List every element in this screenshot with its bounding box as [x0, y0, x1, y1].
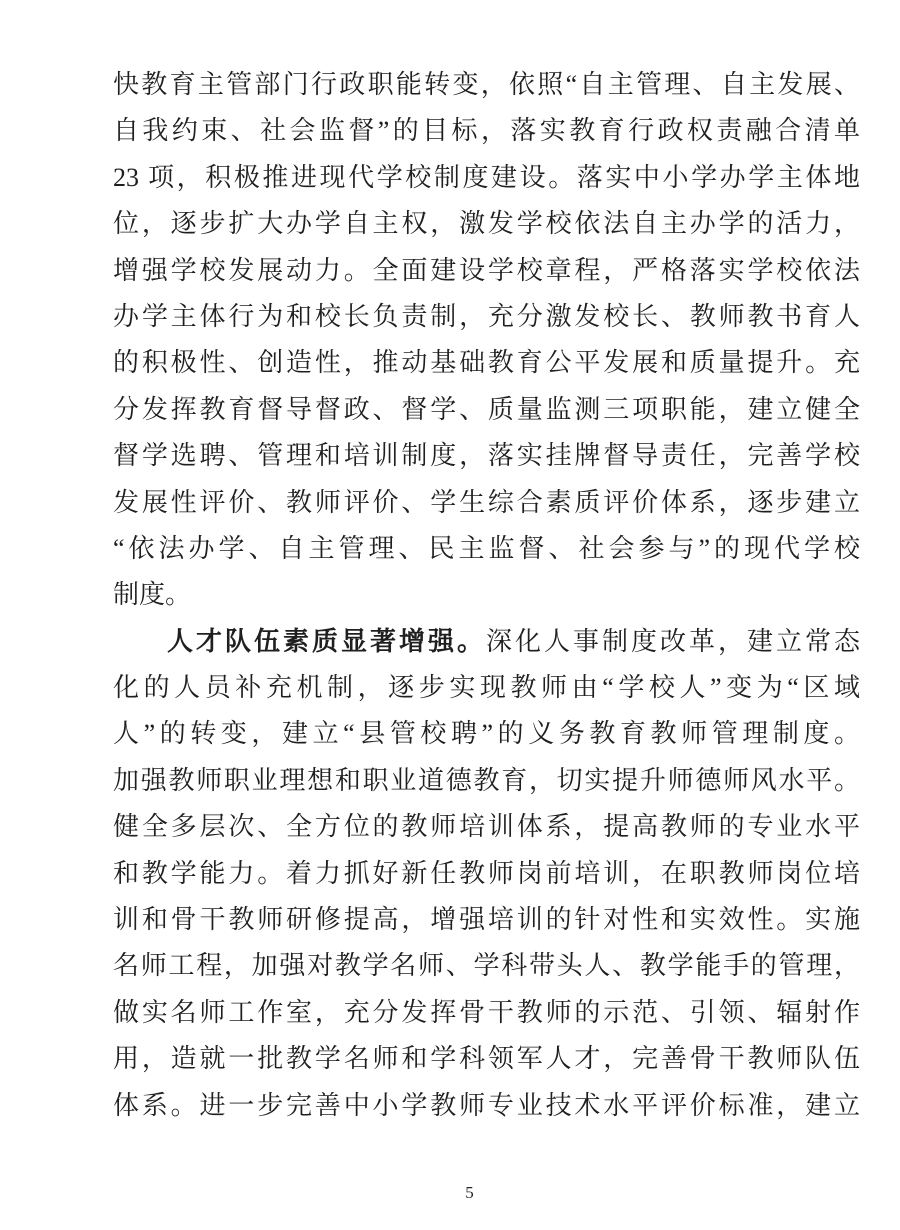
text-line: 分发挥教育督导督政、督学、质量监测三项职能，建立健全	[113, 387, 860, 433]
text-line: 用，造就一批教学名师和学科领军人才，完善骨干教师队伍	[113, 1036, 860, 1082]
text-segment: 制度。	[113, 580, 191, 609]
text-line: 的积极性、创造性，推动基础教育公平发展和质量提升。充	[113, 340, 860, 386]
text-line: 健全多层次、全方位的教师培训体系，提高教师的专业水平	[113, 804, 860, 850]
text-line: 做实名师工作室，充分发挥骨干教师的示范、引领、辐射作	[113, 990, 860, 1036]
text-segment: 分发挥教育督导督政、督学、质量监测三项职能，建立健全	[113, 395, 860, 424]
text-segment: 位，逐步扩大办学自主权，激发学校依法自主办学的活力，	[113, 209, 860, 238]
text-line: 办学主体行为和校长负责制，充分激发校长、教师教书育人	[113, 294, 860, 340]
text-line: 人才队伍素质显著增强。深化人事制度改革，建立常态	[113, 619, 860, 665]
text-segment: 办学主体行为和校长负责制，充分激发校长、教师教书育人	[113, 302, 860, 331]
text-segment: 和教学能力。着力抓好新任教师岗前培训，在职教师岗位培	[113, 859, 860, 888]
text-line: “依法办学、自主管理、民主监督、社会参与”的现代学校	[113, 526, 860, 572]
text-segment: 发展性评价、教师评价、学生综合素质评价体系，逐步建立	[113, 488, 860, 517]
text-segment: “依法办学、自主管理、民主监督、社会参与”的现代学校	[113, 534, 860, 563]
text-segment: 加强教师职业理想和职业道德教育，切实提升师德师风水平。	[113, 766, 860, 795]
text-line: 加强教师职业理想和职业道德教育，切实提升师德师风水平。	[113, 758, 860, 804]
text-line: 训和骨干教师研修提高，增强培训的针对性和实效性。实施	[113, 897, 860, 943]
text-segment: 督学选聘、管理和培训制度，落实挂牌督导责任，完善学校	[113, 441, 860, 470]
text-segment: 体系。进一步完善中小学教师专业技术水平评价标准，建立	[113, 1091, 860, 1120]
text-line: 增强学校发展动力。全面建设学校章程，严格落实学校依法	[113, 248, 860, 294]
text-line: 人”的转变，建立“县管校聘”的义务教育教师管理制度。	[113, 711, 860, 757]
text-line: 制度。	[113, 572, 860, 618]
text-line: 23 项，积极推进现代学校制度建设。落实中小学办学主体地	[113, 155, 860, 201]
text-segment: 训和骨干教师研修提高，增强培训的针对性和实效性。实施	[113, 905, 860, 934]
text-segment: 增强学校发展动力。全面建设学校章程，严格落实学校依法	[113, 256, 860, 285]
text-line: 督学选聘、管理和培训制度，落实挂牌督导责任，完善学校	[113, 433, 860, 479]
text-line: 发展性评价、教师评价、学生综合素质评价体系，逐步建立	[113, 480, 860, 526]
text-segment: 化的人员补充机制，逐步实现教师由“学校人”变为“区域	[113, 673, 860, 702]
text-segment: 做实名师工作室，充分发挥骨干教师的示范、引领、辐射作	[113, 998, 860, 1027]
text-line: 自我约束、社会监督”的目标，落实教育行政权责融合清单	[113, 108, 860, 154]
text-line: 快教育主管部门行政职能转变，依照“自主管理、自主发展、	[113, 62, 860, 108]
text-line: 化的人员补充机制，逐步实现教师由“学校人”变为“区域	[113, 665, 860, 711]
text-line: 和教学能力。着力抓好新任教师岗前培训，在职教师岗位培	[113, 851, 860, 897]
page-number: 5	[0, 1183, 900, 1203]
body-text: 快教育主管部门行政职能转变，依照“自主管理、自主发展、自我约束、社会监督”的目标…	[113, 62, 860, 1129]
text-segment: 用，造就一批教学名师和学科领军人才，完善骨干教师队伍	[113, 1044, 860, 1073]
text-segment: 名师工程，加强对教学名师、学科带头人、教学能手的管理，	[113, 951, 860, 980]
text-segment: 深化人事制度改革，建立常态	[486, 627, 860, 656]
text-segment: 自我约束、社会监督”的目标，落实教育行政权责融合清单	[113, 116, 860, 145]
text-segment: 快教育主管部门行政职能转变，依照“自主管理、自主发展、	[113, 70, 860, 99]
text-segment: 健全多层次、全方位的教师培训体系，提高教师的专业水平	[113, 812, 860, 841]
text-segment: 人”的转变，建立“县管校聘”的义务教育教师管理制度。	[113, 719, 860, 748]
document-page: 快教育主管部门行政职能转变，依照“自主管理、自主发展、自我约束、社会监督”的目标…	[0, 0, 900, 1230]
text-segment: 23 项，积极推进现代学校制度建设。落实中小学办学主体地	[113, 163, 860, 192]
text-line: 体系。进一步完善中小学教师专业技术水平评价标准，建立	[113, 1083, 860, 1129]
paragraph-lead-bold: 人才队伍素质显著增强。	[167, 627, 486, 656]
text-segment: 的积极性、创造性，推动基础教育公平发展和质量提升。充	[113, 348, 860, 377]
text-line: 位，逐步扩大办学自主权，激发学校依法自主办学的活力，	[113, 201, 860, 247]
text-line: 名师工程，加强对教学名师、学科带头人、教学能手的管理，	[113, 943, 860, 989]
